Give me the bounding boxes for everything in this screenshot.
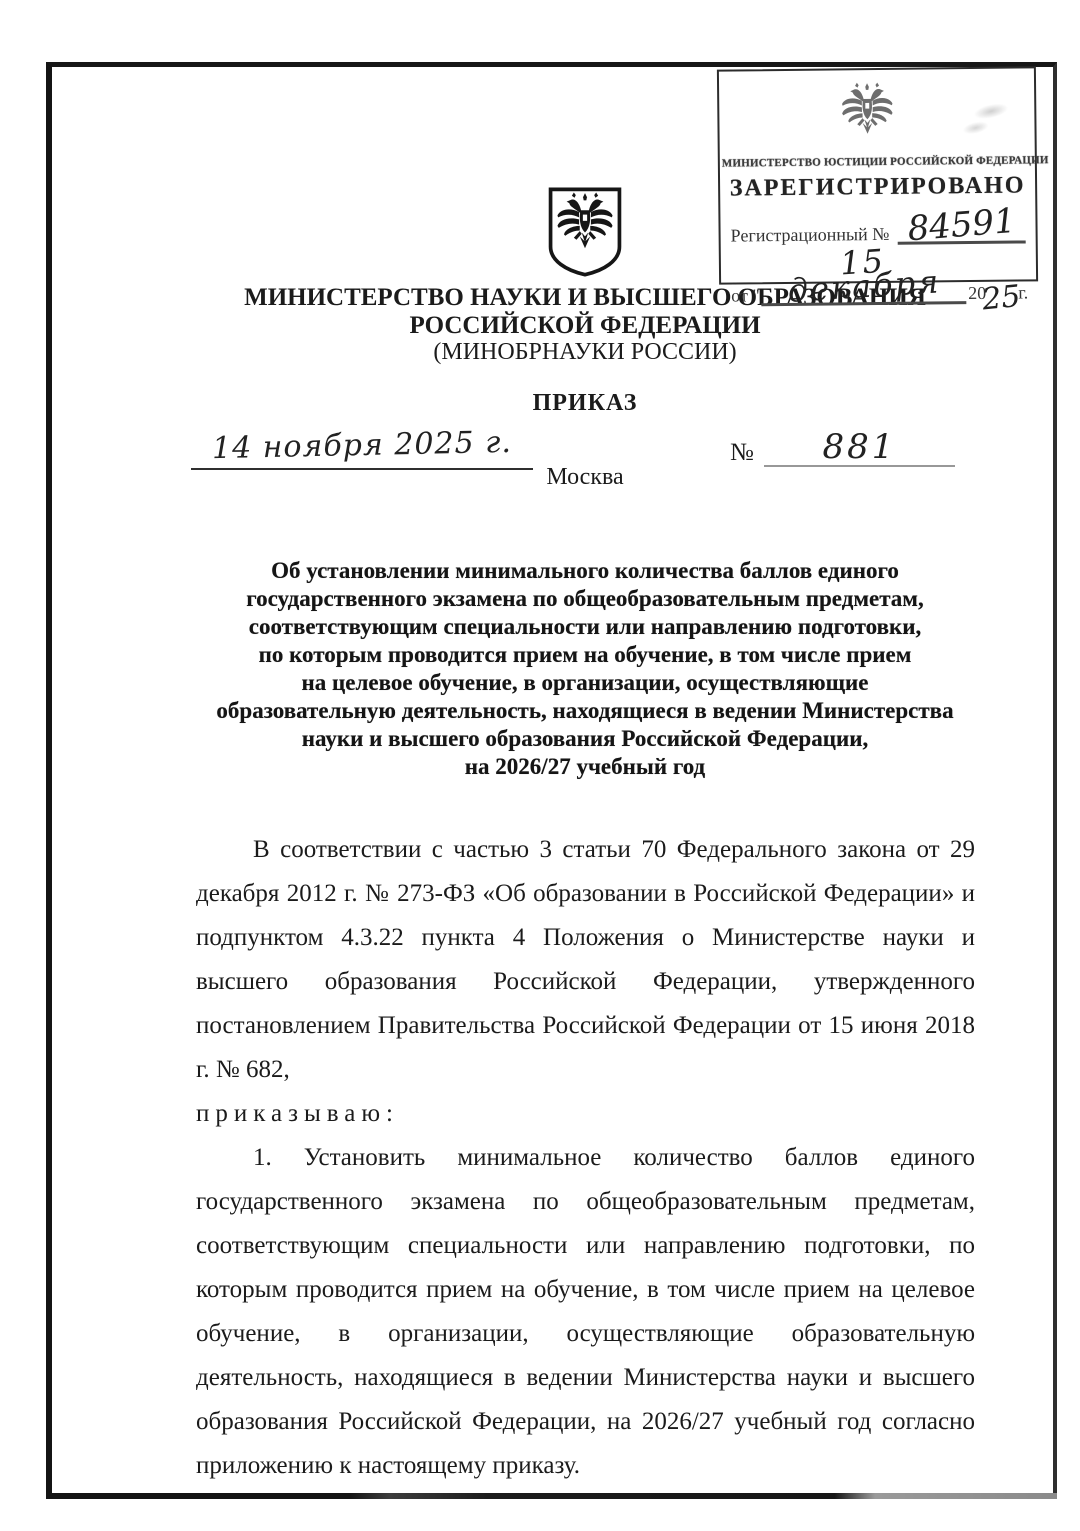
- number-sign-label: №: [730, 439, 754, 467]
- stamp-smudge: [953, 96, 1020, 141]
- order-date-value: 14 ноября 2025 г.: [212, 425, 513, 466]
- stamp-date-line: 15 декабря: [761, 249, 966, 306]
- document-type-heading: ПРИКАЗ: [125, 390, 1045, 417]
- order-title-line: соответствующим специальности или направ…: [80, 613, 1080, 641]
- letterhead-short-name: (МИНОБРНАУКИ РОССИИ): [125, 339, 1045, 366]
- preamble-text: В соответствии с частью 3 статьи 70 Феде…: [196, 836, 975, 1083]
- stamp-date-day-month: 15 декабря: [760, 244, 967, 305]
- paragraph-preamble: В соответствии с частью 3 статьи 70 Феде…: [196, 828, 975, 1136]
- registration-stamp: МИНИСТЕРСТВО ЮСТИЦИИ РОССИЙСКОЙ ФЕДЕРАЦИ…: [717, 66, 1038, 284]
- order-title-line: Об установлении минимального количества …: [80, 557, 1080, 585]
- stamp-reg-number-line: 84591: [897, 210, 1026, 244]
- order-number-row: № 881: [730, 434, 955, 467]
- letterhead-ministry-line2: РОССИЙСКОЙ ФЕДЕРАЦИИ: [125, 312, 1045, 340]
- page-border-bottom: [46, 1493, 1057, 1499]
- order-title-line: по которым проводится прием на обучение,…: [80, 641, 1080, 669]
- order-title-line: науки и высшего образования Российской Ф…: [80, 725, 1080, 753]
- order-title-line: государственного экзамена по общеобразов…: [80, 585, 1080, 613]
- scanned-document-page: МИНИСТЕРСТВО ЮСТИЦИИ РОССИЙСКОЙ ФЕДЕРАЦИ…: [0, 0, 1080, 1531]
- order-body: В соответствии с частью 3 статьи 70 Феде…: [196, 828, 975, 1488]
- paragraph-item-1: 1. Установить минимальное количество бал…: [196, 1136, 975, 1488]
- order-title: Об установлении минимального количества …: [80, 557, 1080, 781]
- russia-coat-of-arms-icon: [544, 186, 626, 278]
- stamp-eagle-icon: [837, 80, 898, 145]
- stamp-reg-number-value: 84591: [906, 207, 1016, 244]
- order-number-line: 881: [764, 434, 955, 467]
- stamp-registered-label: ЗАРЕГИСТРИРОВАНО: [720, 172, 1035, 202]
- city-label: Москва: [125, 464, 1045, 491]
- order-title-line: на целевое обучение, в организации, осущ…: [80, 669, 1080, 697]
- order-title-line: образовательную деятельность, находящиес…: [80, 697, 1080, 725]
- stamp-date-year: 25: [981, 286, 1021, 312]
- order-number-value: 881: [822, 434, 896, 460]
- order-title-line: на 2026/27 учебный год: [80, 753, 1080, 781]
- stamp-date-row: от " 15 декабря 20 25 г.: [731, 248, 1029, 306]
- stamp-date-prefix: от ": [731, 285, 760, 306]
- stamp-ministry-line: МИНИСТЕРСТВО ЮСТИЦИИ РОССИЙСКОЙ ФЕДЕРАЦИ…: [722, 154, 1033, 169]
- order-verb: приказываю:: [196, 1092, 975, 1136]
